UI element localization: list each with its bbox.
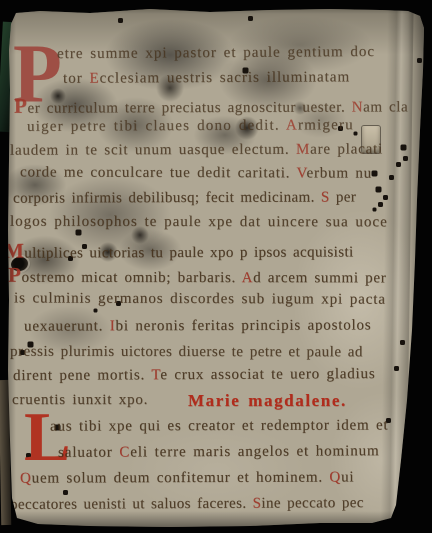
text-line: Per curriculum terre preciatus agnoscitu… bbox=[14, 94, 408, 116]
text-segment: er curriculum terre preciatus agnoscitur… bbox=[27, 100, 351, 117]
text-segment: is culminis germanos discordes sub iugum… bbox=[14, 290, 386, 307]
red-initial: A bbox=[286, 117, 298, 133]
text-line: Multiplices uictorias tu paule xpo p ips… bbox=[4, 239, 354, 261]
text-line: dirent pene mortis. Te crux associat te … bbox=[13, 367, 376, 384]
text-segment: cruentis iunxit xpo. bbox=[12, 392, 148, 408]
red-initial: A bbox=[242, 270, 254, 286]
text-segment: laudem in te scit unum uasque electum. bbox=[10, 142, 296, 159]
red-initial: Q bbox=[329, 469, 341, 485]
text-line: cruentis iunxit xpo. bbox=[12, 393, 148, 408]
text-segment: uiger petre tibi claues dono dedit. bbox=[27, 118, 286, 135]
text-line: corde me conculcare tue dedit caritati. … bbox=[20, 165, 372, 181]
text-line: saluator Celi terre maris angelos et hom… bbox=[58, 444, 380, 461]
text-line: Postremo micat omnib; barbaris. Ad arcem… bbox=[8, 265, 386, 287]
text-segment: ine peccato pec bbox=[261, 495, 364, 512]
text-segment: aus tibi xpe qui es creator et redemptor… bbox=[50, 417, 388, 434]
text-segment: bi neronis feritas principis apostolos bbox=[116, 317, 372, 334]
ink-spots bbox=[0, 0, 1, 1]
text-segment: per bbox=[330, 189, 357, 205]
text-line: peccatores uenisti ut saluos faceres. Si… bbox=[10, 496, 364, 513]
text-segment: d arcem summi per bbox=[253, 270, 386, 286]
text-segment: ostremo micat omnib; barbaris. bbox=[22, 270, 242, 286]
text-line: Quem solum deum confitemur et hominem. Q… bbox=[20, 470, 354, 486]
red-initial: I bbox=[110, 318, 116, 334]
rubric-heading: Marie magdalene. bbox=[188, 391, 347, 410]
text-line: logos philosophos te paule xpe dat uince… bbox=[10, 215, 388, 231]
text-line: corporis infirmis debilibusq; fecit medi… bbox=[13, 190, 356, 206]
text-segment: eli terre maris angelos et hominum bbox=[130, 443, 379, 460]
red-initial: C bbox=[119, 444, 130, 460]
text-segment: etre summe xpi pastor et paule gentium d… bbox=[57, 44, 375, 62]
red-initial: P bbox=[8, 263, 22, 287]
text-segment: am cla bbox=[363, 99, 408, 115]
photo-stage: P L etre summe xpi pastor et paule genti… bbox=[0, 0, 432, 533]
text-segment: corde me conculcare tue dedit caritati. bbox=[20, 164, 297, 181]
page-crease bbox=[380, 8, 413, 523]
red-initial: S bbox=[253, 496, 262, 512]
text-line: uiger petre tibi claues dono dedit. Armi… bbox=[27, 118, 354, 135]
red-initial: T bbox=[151, 367, 160, 383]
text-segment: pressis plurimis uictores diuerse te pet… bbox=[10, 344, 363, 361]
text-segment: logos philosophos te paule xpe dat uince… bbox=[10, 214, 388, 231]
worm-hole bbox=[10, 255, 30, 272]
text-segment: uem solum deum confitemur et hominem. bbox=[32, 470, 330, 487]
text-line: tor Ecclesiam uestris sacris illuminatam bbox=[63, 70, 350, 87]
large-initial-p: P bbox=[13, 36, 62, 112]
text-line: laudem in te scit unum uasque electum. M… bbox=[10, 142, 383, 158]
text-segment: uexauerunt. bbox=[24, 318, 110, 334]
text-segment: tor bbox=[63, 71, 90, 87]
text-segment: e crux associat te uero gladius bbox=[160, 366, 375, 383]
text-segment: erbum nu bbox=[306, 165, 372, 181]
red-initial: Q bbox=[20, 471, 32, 487]
red-initial: E bbox=[89, 71, 99, 87]
large-initial-l: L bbox=[24, 406, 71, 469]
red-initial: P bbox=[14, 94, 28, 118]
text-line: pressis plurimis uictores diuerse te pet… bbox=[10, 345, 363, 361]
text-line: uexauerunt. Ibi neronis feritas principi… bbox=[24, 318, 371, 334]
text-line: aus tibi xpe qui es creator et redemptor… bbox=[50, 418, 388, 434]
red-initial: V bbox=[297, 165, 307, 181]
text-segment: cclesiam uestris sacris illuminatam bbox=[100, 69, 351, 86]
text-segment: corporis infirmis debilibusq; fecit medi… bbox=[13, 190, 321, 207]
red-initial: M bbox=[4, 239, 24, 263]
parchment-repair-tab bbox=[362, 126, 380, 153]
text-segment: rmigeru bbox=[298, 117, 354, 133]
text-segment: ultiplices uictorias tu paule xpo p ipso… bbox=[24, 244, 353, 261]
text-segment: dirent pene mortis. bbox=[13, 367, 151, 384]
text-segment: are placati bbox=[310, 141, 383, 157]
manuscript-photo: { "palette": { "background": "#030303", … bbox=[0, 0, 432, 533]
text-segment: ui bbox=[341, 469, 354, 485]
red-initial: M bbox=[296, 142, 310, 158]
red-initial: S bbox=[321, 189, 330, 205]
text-line: etre summe xpi pastor et paule gentium d… bbox=[57, 45, 375, 62]
text-segment: saluator bbox=[58, 445, 119, 461]
red-initial: N bbox=[352, 99, 363, 115]
manuscript-page: P L etre summe xpi pastor et paule genti… bbox=[0, 0, 432, 533]
text-line: is culminis germanos discordes sub iugum… bbox=[14, 291, 386, 307]
text-segment: peccatores uenisti ut saluos faceres. bbox=[10, 496, 253, 513]
rubric-line: Marie magdalene. bbox=[188, 392, 347, 410]
